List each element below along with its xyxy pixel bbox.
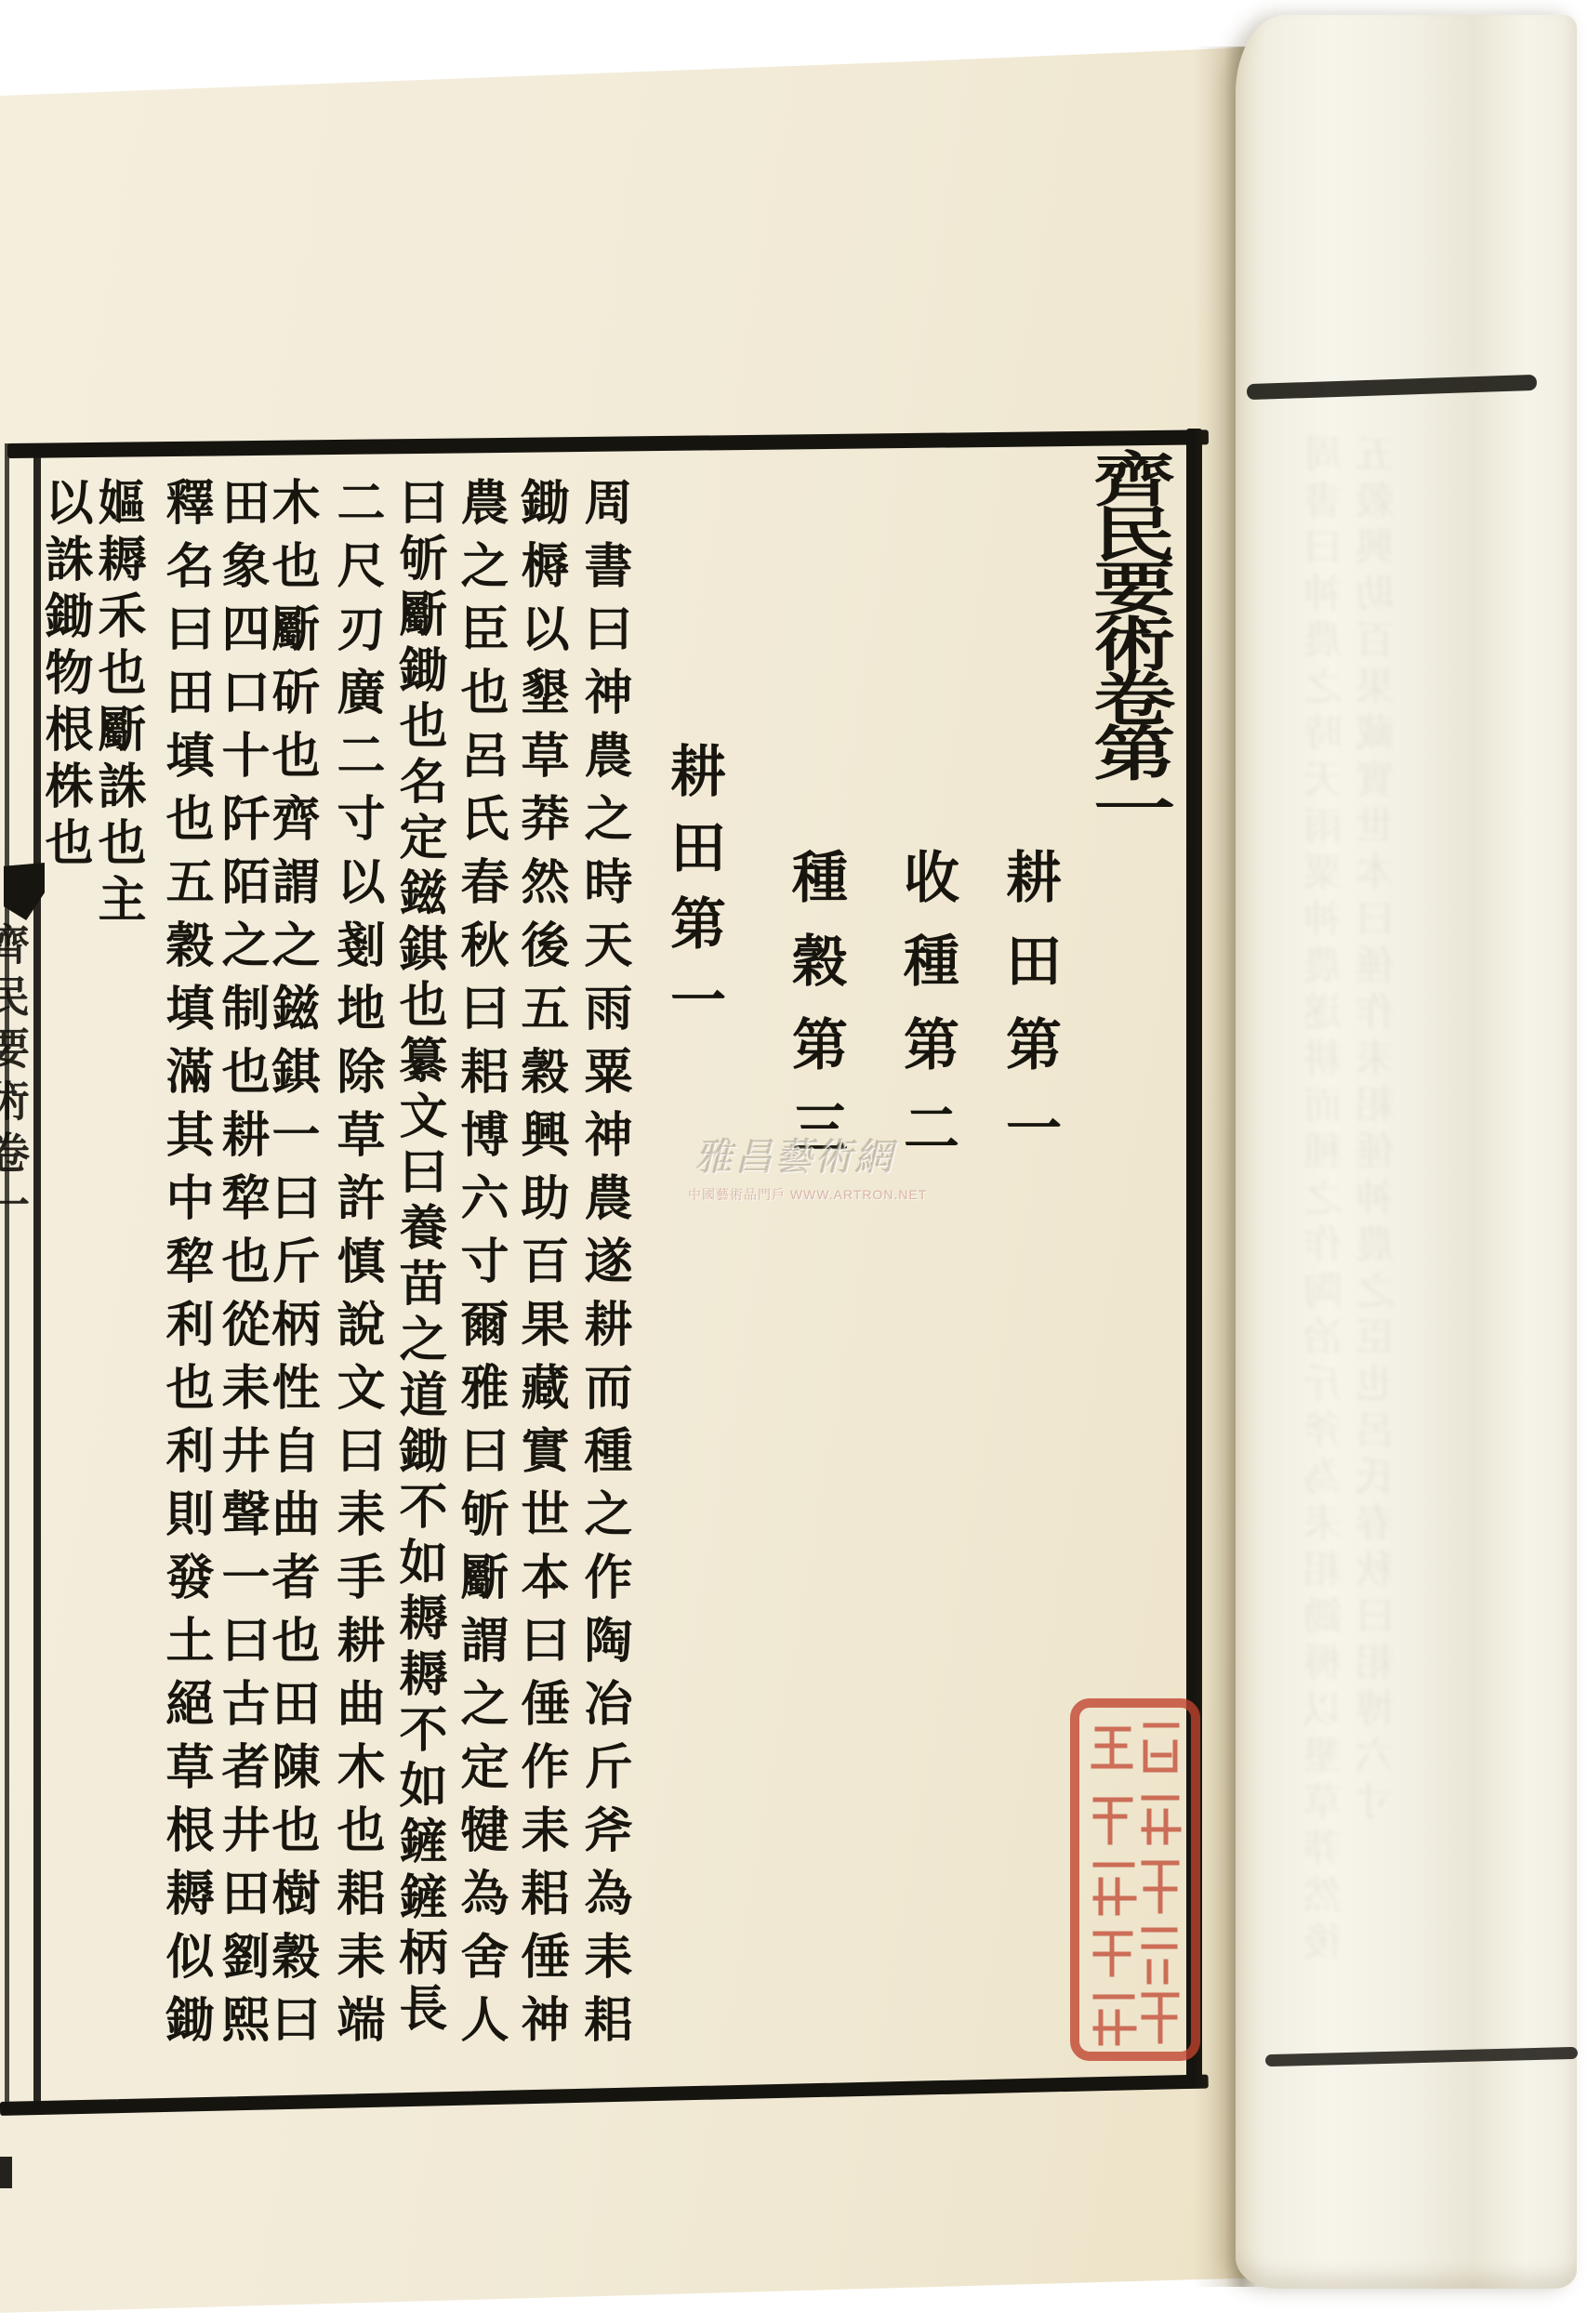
chapter-entry-1: 耕田第一 <box>993 848 1065 1201</box>
text-column-4: 曰斪斸鋤也名定鎡錤也纂文曰養苗之道鋤不如耨耨不如鏟鏟柄長 <box>391 477 443 2076</box>
text-column-5: 二尺刃廣二寸以剗地除草許慎說文曰耒手耕曲木也耜耒端 <box>329 477 381 2076</box>
text-column-9: 嫗耨禾也斸誅也主 <box>90 477 142 979</box>
spine-title: 齊民要術卷一 <box>0 922 32 1238</box>
text-column-1: 周書曰神農之時天雨粟神農遂耕而種之作陶冶斤斧為耒耜 <box>576 477 628 2076</box>
watermark-logo-text: 雅昌藝術網 <box>688 1127 902 1182</box>
scanned-book-photo: 齊民要術卷一 齊民要術卷第一 耕田第一 收種第二 種穀第三 耕田第一 周書曰神農… <box>0 0 1587 2324</box>
text-column-8: 釋名曰田填也五穀填滿其中犂利也利則發土絕草根耨似鋤 <box>158 477 210 2076</box>
show-through-top-border <box>1247 375 1537 400</box>
text-column-2: 鋤槈以墾草莽然後五穀興助百果藏實世本曰倕作耒耜倕神 <box>513 477 565 2076</box>
show-through-text: 周書曰神農之時天雨粟神農遂耕而種之作陶冶斤斧為耒耜鋤槈以墾草莽然後五穀興助百果藏… <box>1301 433 1533 1976</box>
watermark: 雅昌藝術網 中國藝術品門戶 WWW.ARTRON.NET <box>688 1127 902 1204</box>
volume-title: 齊民要術卷第一 <box>1057 448 1196 838</box>
text-column-10: 以誅鋤物根株也 <box>37 477 89 979</box>
spine-page-number-mark <box>0 2157 12 2188</box>
text-column-3: 農之臣也呂氏春秋曰耜博六寸爾雅曰斪斸謂之定犍為舍人 <box>453 477 505 2076</box>
text-column-7: 田象四口十阡陌之制也耕犂也從耒井聲一曰古者井田劉熙 <box>214 477 266 2076</box>
watermark-url-text: 中國藝術品門戶 WWW.ARTRON.NET <box>688 1185 902 1204</box>
spine-edge-line <box>5 443 9 2109</box>
curled-page: 周書曰神農之時天雨粟神農遂耕而種之作陶冶斤斧為耒耜鋤槈以墾草莽然後五穀興助百果藏… <box>1236 15 1577 2289</box>
section-header: 耕田第一 <box>657 742 730 1067</box>
collector-seal <box>1069 1697 1201 2062</box>
show-through-bottom-border <box>1265 2047 1578 2067</box>
text-column-6: 木也斸斫也齊謂之鎡錤一曰斤柄性自曲者也田陳也樹穀曰 <box>264 477 316 2076</box>
